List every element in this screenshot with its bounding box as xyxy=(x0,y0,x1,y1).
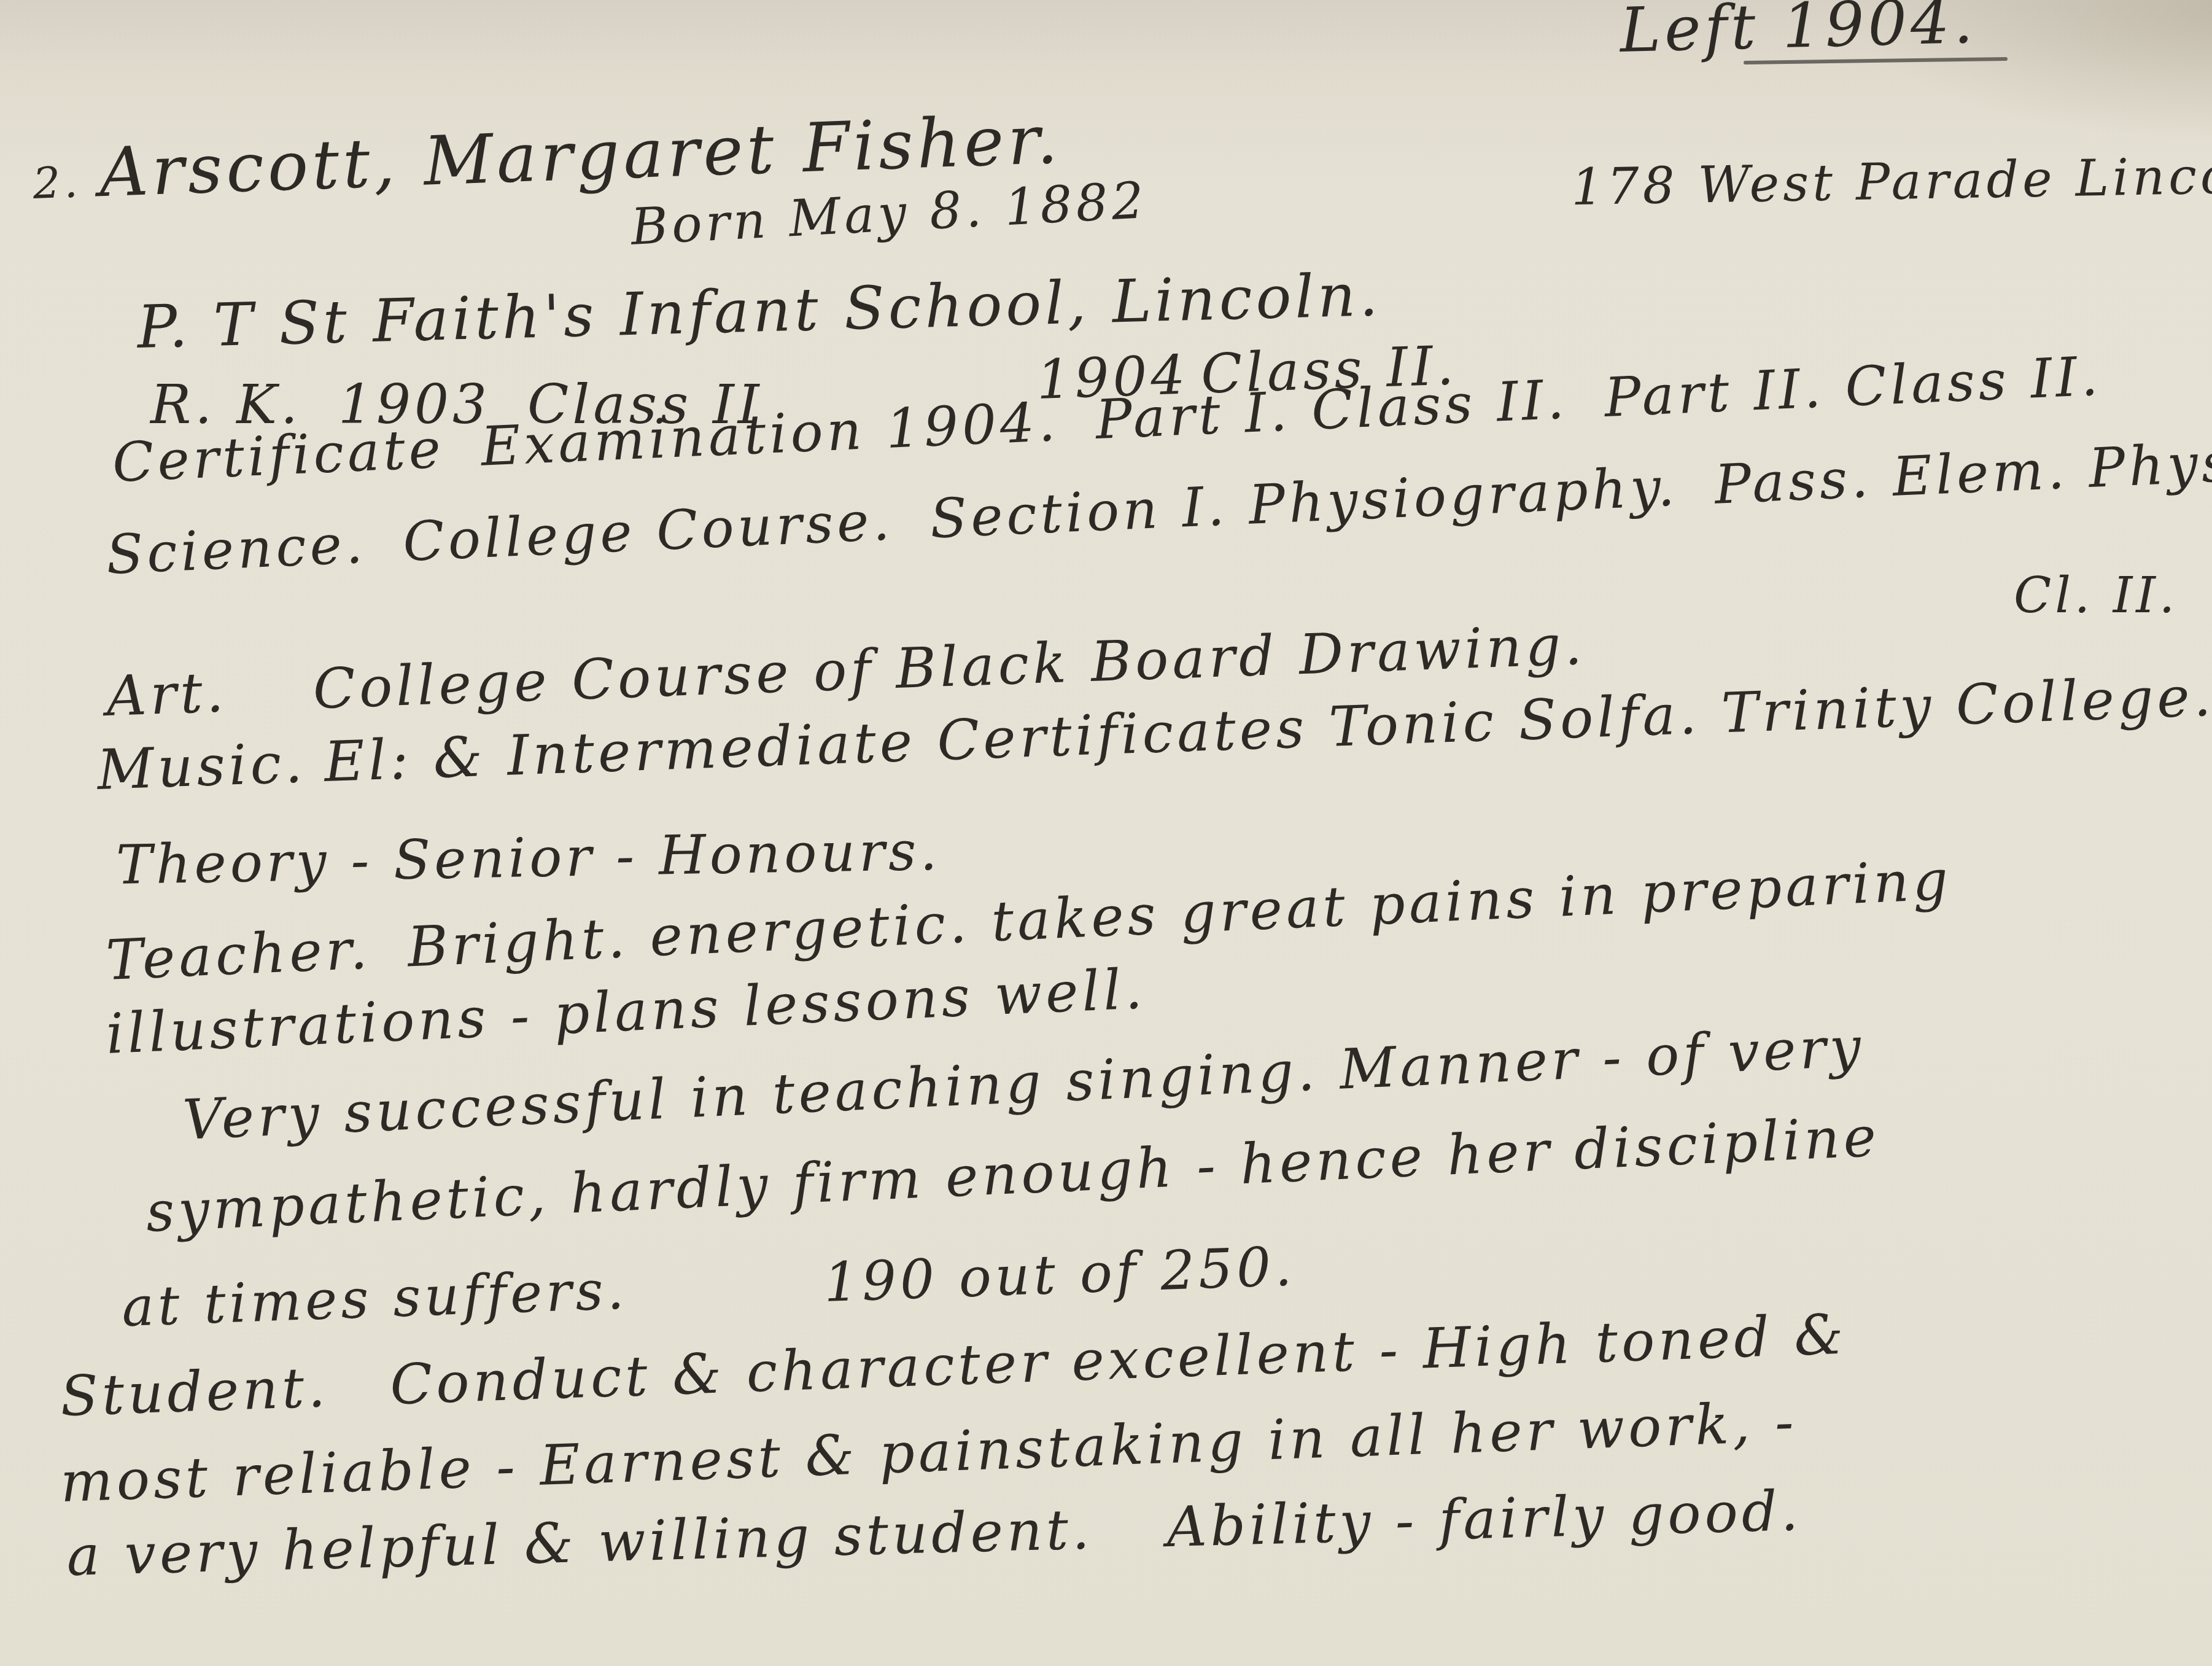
teacher-score: 190 out of 250. xyxy=(823,1239,1296,1310)
student-text-3: a very helpful & willing student. xyxy=(66,1502,1094,1584)
music-label: Music. xyxy=(96,736,307,798)
science-pass: Pass. Elem. Physiography xyxy=(1713,424,2212,512)
science-pass-class: Cl. II. xyxy=(2014,571,2178,620)
science-course: College Course. xyxy=(402,494,895,569)
student-label: Student. xyxy=(60,1360,330,1425)
teacher-line-5: at times suffers.190 out of 250. xyxy=(121,1239,1297,1334)
pt-school: P. T St Faith's Infant School, Lincoln. xyxy=(136,265,1382,357)
art-label: Art. xyxy=(106,665,228,725)
left-status: Left 1904. xyxy=(1619,0,1977,61)
address: 178 West Parade Lincoln xyxy=(1571,150,2212,213)
science-label: Science. xyxy=(105,517,367,582)
teacher-label: Teacher. xyxy=(105,922,372,989)
student-ability: Ability - fairly good. xyxy=(1166,1484,1803,1555)
science-section: Section I. Physiography. xyxy=(929,459,1679,546)
teacher-text-5: at times suffers. xyxy=(121,1263,629,1334)
entry-number: 2. xyxy=(32,160,82,205)
register-page: Left 1904. 2.Arscott, Margaret Fisher. 1… xyxy=(0,0,2212,1666)
certificate-label: Certificate xyxy=(111,421,445,490)
certificate-part2: Part II. Class II. xyxy=(1603,349,2102,425)
music-theory: Theory - Senior - Honours. xyxy=(115,824,941,892)
